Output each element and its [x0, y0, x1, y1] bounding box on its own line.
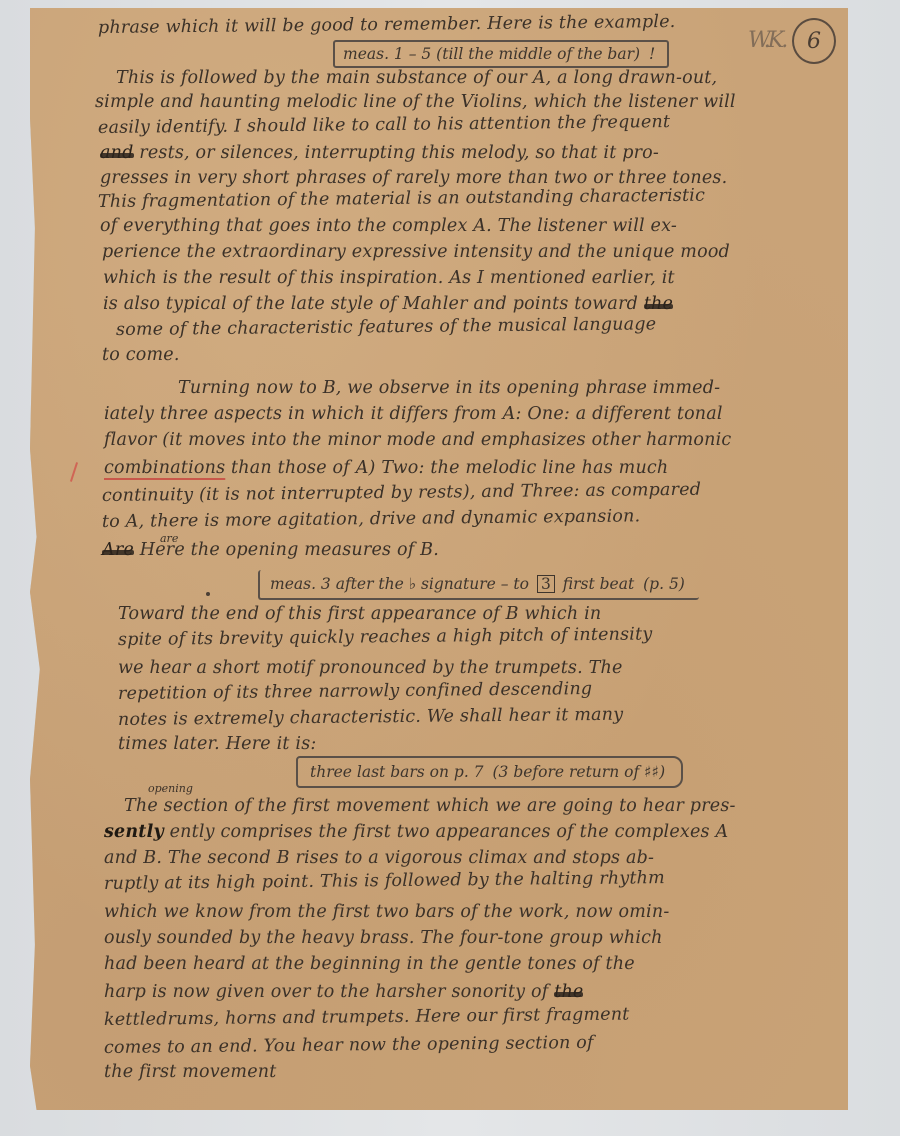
example-note-2: meas. 3 after the ♭ signature – to 3 fir…	[258, 570, 699, 600]
text-line: times later. Here it is:	[118, 734, 316, 754]
struck-word: the	[644, 294, 673, 314]
text-line: Are Here the opening measures of B.	[102, 540, 439, 560]
line-text: and B. The second B rises to a vigorous …	[104, 848, 654, 868]
example-note-1: meas. 1 – 5 (till the middle of the bar)…	[333, 40, 669, 68]
struck-word: Are	[102, 540, 134, 560]
pencil-dot	[206, 592, 210, 596]
struck-word: the	[554, 982, 583, 1002]
line-text: Toward the end of this first appearance …	[118, 604, 601, 624]
example-note-2-page-ref: (p. 5)	[643, 575, 685, 593]
text-line: iately three aspects in which it differs…	[104, 404, 723, 424]
text-line: we hear a short motif pronounced by the …	[118, 658, 623, 678]
line-text: had been heard at the beginning in the g…	[104, 954, 635, 974]
rehearsal-number-box: 3	[537, 575, 555, 593]
line-text: which we know from the first two bars of…	[104, 902, 669, 922]
text-line: gresses in very short phrases of rarely …	[100, 168, 727, 188]
line-text: The section of the first movement which …	[124, 796, 736, 816]
line-text: Here the opening measures of B.	[140, 540, 439, 560]
example-note-3: three last bars on p. 7 (3 before return…	[296, 756, 683, 788]
line-text: we hear a short motif pronounced by the …	[118, 658, 623, 678]
example-note-1-text: meas. 1 – 5 (till the middle of the bar)	[343, 45, 640, 63]
line-text: harp is now given over to the harsher so…	[104, 982, 548, 1002]
line-text: rests, or silences, interrupting this me…	[139, 143, 659, 163]
text-line: which we know from the first two bars of…	[104, 902, 669, 922]
example-note-1-suffix: !	[649, 45, 655, 63]
page-number-circle: 6	[792, 18, 836, 64]
text-line: ously sounded by the heavy brass. The fo…	[104, 928, 663, 948]
example-note-3-detail: (3 before return of ♯♯)	[492, 763, 665, 781]
text-line: had been heard at the beginning in the g…	[104, 954, 635, 974]
text-line: of everything that goes into the complex…	[100, 216, 677, 236]
text-line: and rests, or silences, interrupting thi…	[100, 143, 659, 163]
text-line: combinations than those of A) Two: the m…	[104, 458, 668, 478]
text-line: Toward the end of this first appearance …	[118, 604, 601, 624]
text-line: is also typical of the late style of Mah…	[103, 294, 673, 314]
text-line: perience the extraordinary expressive in…	[102, 242, 730, 262]
text-line: the first movement	[104, 1062, 276, 1082]
text-line: The section of the first movement which …	[124, 796, 736, 816]
page-number: 6	[807, 29, 821, 54]
text-line: which is the result of this inspiration.…	[103, 268, 675, 288]
text-line: to come.	[102, 345, 180, 365]
text-line: simple and haunting melodic line of the …	[95, 92, 736, 112]
line-text: which is the result of this inspiration.…	[103, 268, 675, 288]
text-line: This is followed by the main substance o…	[116, 68, 717, 88]
line-text: simple and haunting melodic line of the …	[95, 92, 736, 112]
line-text: times later. Here it is:	[118, 734, 316, 754]
example-note-2-text: meas. 3 after the ♭ signature – to	[270, 575, 529, 593]
text-line: and B. The second B rises to a vigorous …	[104, 848, 654, 868]
bold-word: sently	[104, 822, 164, 842]
text-line: sently ently comprises the first two app…	[104, 822, 728, 842]
underlined-word: combinations	[104, 458, 225, 478]
text-line: flavor (it moves into the minor mode and…	[104, 430, 731, 450]
example-note-2-beat: first beat	[563, 575, 634, 593]
corner-initials: W.K.	[748, 28, 785, 53]
text-line: harp is now given over to the harsher so…	[104, 982, 583, 1002]
line-text: ously sounded by the heavy brass. The fo…	[104, 928, 663, 948]
line-text: ently comprises the first two appearance…	[170, 822, 729, 842]
line-text: perience the extraordinary expressive in…	[102, 242, 730, 262]
example-note-3-text: three last bars on p. 7	[310, 763, 484, 781]
line-text: than those of A) Two: the melodic line h…	[231, 458, 668, 478]
caret-insertion: opening	[148, 782, 193, 795]
struck-word: and	[100, 143, 134, 163]
line-text: gresses in very short phrases of rarely …	[100, 168, 727, 188]
line-text: flavor (it moves into the minor mode and…	[104, 430, 731, 450]
line-text: of everything that goes into the complex…	[100, 216, 677, 236]
line-text: This is followed by the main substance o…	[116, 68, 717, 88]
line-text: Turning now to B, we observe in its open…	[178, 378, 720, 398]
line-text: is also typical of the late style of Mah…	[103, 294, 638, 314]
text-line: Turning now to B, we observe in its open…	[178, 378, 720, 398]
line-text: the first movement	[104, 1062, 276, 1082]
line-text: to come.	[102, 345, 180, 365]
line-text: iately three aspects in which it differs…	[104, 404, 723, 424]
